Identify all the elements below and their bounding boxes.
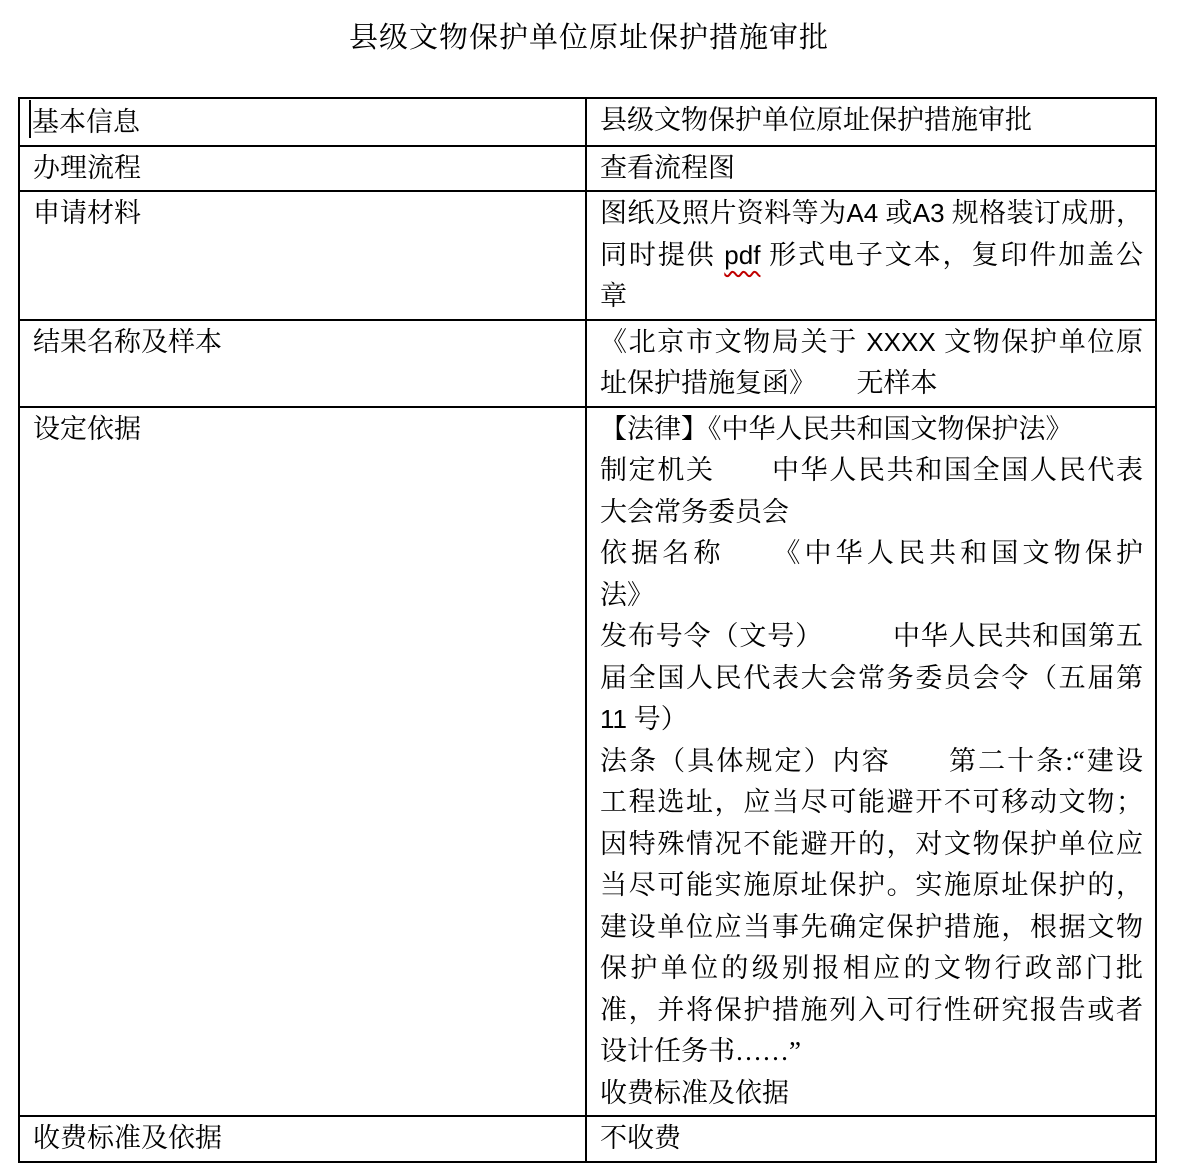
- info-table-body: 基本信息县级文物保护单位原址保护措施审批办理流程查看流程图申请材料图纸及照片资料…: [19, 98, 1156, 1162]
- document-page: 县级文物保护单位原址保护措施审批 基本信息县级文物保护单位原址保护措施审批办理流…: [0, 0, 1178, 1169]
- row-value-cell: 图纸及照片资料等为A4 或A3 规格装订成册，同时提供 pdf 形式电子文本，复…: [586, 191, 1156, 320]
- row-label-cell: 办理流程: [19, 146, 586, 192]
- text-line: 【法律】《中华人民共和国文物保护法》: [600, 409, 1143, 451]
- text-line: 章: [600, 276, 1143, 318]
- text-line: 图纸及照片资料等为A4 或A3 规格装订成册，: [600, 193, 1143, 235]
- text-line: 发布号令（文号） 中华人民共和国第五: [600, 616, 1143, 658]
- table-row: 基本信息县级文物保护单位原址保护措施审批: [19, 98, 1156, 146]
- latin-text: A3: [913, 198, 945, 228]
- text-line: 准，并将保护措施列入可行性研究报告或者: [600, 990, 1143, 1032]
- table-row: 结果名称及样本《北京市文物局关于 XXXX 文物保护单位原址保护措施复函》 无样…: [19, 320, 1156, 407]
- table-row: 办理流程查看流程图: [19, 146, 1156, 192]
- row-value-cell: 《北京市文物局关于 XXXX 文物保护单位原址保护措施复函》 无样本: [586, 320, 1156, 407]
- text-line: 届全国人民代表大会常务委员会令（五届第: [600, 658, 1143, 700]
- latin-text: A4: [846, 198, 878, 228]
- text-line: 保护单位的级别报相应的文物行政部门批: [600, 948, 1143, 990]
- text-line: 《北京市文物局关于 XXXX 文物保护单位原: [600, 322, 1143, 364]
- row-label: 收费标准及依据: [33, 1118, 573, 1160]
- text-line: 工程选址，应当尽可能避开不可移动文物；: [600, 782, 1143, 824]
- row-value-cell: 县级文物保护单位原址保护措施审批: [586, 98, 1156, 146]
- text-line: 同时提供 pdf 形式电子文本，复印件加盖公: [600, 235, 1143, 277]
- text-line: 查看流程图: [600, 148, 1143, 190]
- text-line: 不收费: [600, 1118, 1143, 1160]
- text-line: 大会常务委员会: [600, 492, 1143, 534]
- text-line: 县级文物保护单位原址保护措施审批: [600, 100, 1143, 142]
- text-line: 11 号）: [600, 699, 1143, 741]
- table-row: 收费标准及依据不收费: [19, 1116, 1156, 1162]
- row-label-cell: 基本信息: [19, 98, 586, 146]
- row-value-cell: 不收费: [586, 1116, 1156, 1162]
- document-title: 县级文物保护单位原址保护措施审批: [0, 0, 1178, 55]
- text-line: 依据名称 《中华人民共和国文物保护: [600, 533, 1143, 575]
- text-cursor: [29, 100, 31, 138]
- row-label: 办理流程: [33, 148, 573, 190]
- latin-text: XXXX: [866, 327, 935, 357]
- row-label: 申请材料: [33, 193, 573, 235]
- row-value-cell: 查看流程图: [586, 146, 1156, 192]
- row-label-cell: 设定依据: [19, 407, 586, 1117]
- row-value-cell: 【法律】《中华人民共和国文物保护法》制定机关 中华人民共和国全国人民代表大会常务…: [586, 407, 1156, 1117]
- text-line: 当尽可能实施原址保护。实施原址保护的，: [600, 865, 1143, 907]
- row-label: 结果名称及样本: [33, 322, 573, 364]
- row-label-cell: 结果名称及样本: [19, 320, 586, 407]
- text-line: 址保护措施复函》 无样本: [600, 363, 1143, 405]
- text-line: 制定机关 中华人民共和国全国人民代表: [600, 450, 1143, 492]
- text-line: 设计任务书……”: [600, 1031, 1143, 1073]
- text-line: 因特殊情况不能避开的，对文物保护单位应: [600, 824, 1143, 866]
- text-line: 建设单位应当事先确定保护措施，根据文物: [600, 907, 1143, 949]
- text-line: 法条（具体规定）内容 第二十条:“建设: [600, 741, 1143, 783]
- info-table: 基本信息县级文物保护单位原址保护措施审批办理流程查看流程图申请材料图纸及照片资料…: [18, 97, 1157, 1163]
- text-line: 法》: [600, 575, 1143, 617]
- latin-text: pdf: [724, 240, 760, 270]
- spellcheck-flagged-word: pdf: [724, 240, 760, 270]
- text-line: 收费标准及依据: [600, 1073, 1143, 1115]
- table-row: 设定依据【法律】《中华人民共和国文物保护法》制定机关 中华人民共和国全国人民代表…: [19, 407, 1156, 1117]
- row-label: 设定依据: [33, 409, 573, 451]
- row-label-cell: 收费标准及依据: [19, 1116, 586, 1162]
- latin-text: 11: [600, 704, 627, 734]
- row-label: 基本信息: [33, 100, 573, 144]
- row-label-cell: 申请材料: [19, 191, 586, 320]
- table-row: 申请材料图纸及照片资料等为A4 或A3 规格装订成册，同时提供 pdf 形式电子…: [19, 191, 1156, 320]
